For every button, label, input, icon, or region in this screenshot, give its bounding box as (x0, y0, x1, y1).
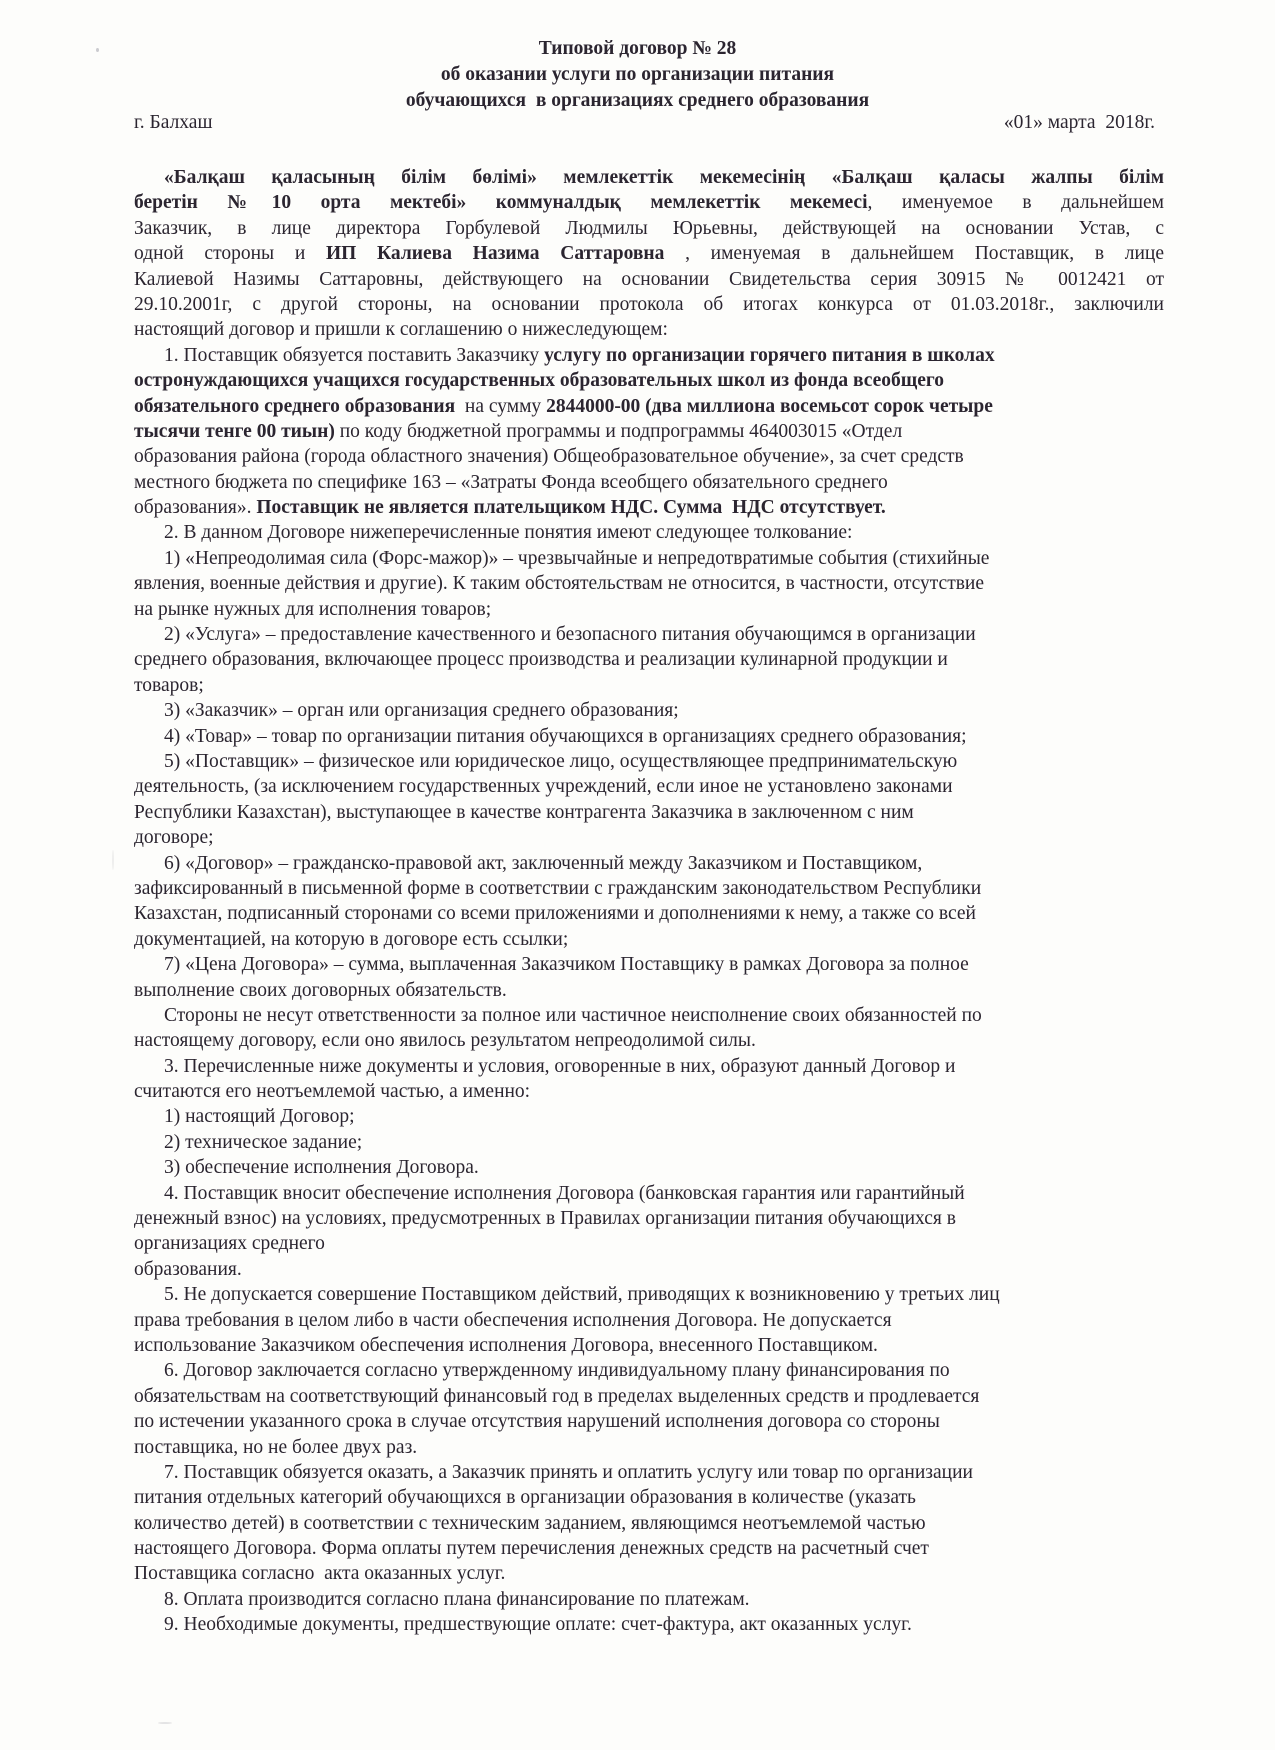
scan-speck (158, 1722, 172, 1724)
text-line: на рынке нужных для исполнения товаров; (134, 597, 1164, 622)
title-line-2: об оказании услуги по организации питани… (0, 62, 1275, 88)
text-line: 3) «Заказчик» – орган или организация ср… (134, 698, 1164, 723)
text-segment: права требования в целом либо в части об… (134, 1310, 892, 1331)
bold-text: Поставщик не является плательщиком НДС. … (256, 497, 885, 518)
text-line: настоящего Договора. Форма оплаты путем … (134, 1536, 1164, 1561)
text-line: 4) «Товар» – товар по организации питани… (134, 724, 1164, 749)
text-line: 6. Договор заключается согласно утвержде… (134, 1358, 1164, 1383)
text-segment: деятельность, (за исключением государств… (134, 776, 953, 797)
bold-text: 2844000-00 (два миллиона восемьсот сорок… (546, 396, 993, 417)
city: г. Балхаш (134, 112, 212, 134)
text-segment: документацией, на которую в договоре ест… (134, 929, 568, 950)
text-line: 9. Необходимые документы, предшествующие… (134, 1612, 1164, 1637)
text-segment: 8. Оплата производится согласно плана фи… (164, 1589, 750, 1610)
text-line: по истечении указанного срока в случае о… (134, 1409, 1164, 1434)
text-line: поставщика, но не более двух раз. (134, 1435, 1164, 1460)
text-line: выполнение своих договорных обязательств… (134, 978, 1164, 1003)
text-line: права требования в целом либо в части об… (134, 1308, 1164, 1333)
text-segment: 4. Поставщик вносит обеспечение исполнен… (164, 1183, 965, 1204)
text-segment: настоящему договору, если оно явилось ре… (134, 1030, 756, 1051)
text-line: беретін №10 орта мектебі» коммуналдық ме… (134, 190, 1164, 215)
text-segment: 6) «Договор» – гражданско-правовой акт, … (164, 853, 922, 874)
text-segment: настоящего Договора. Форма оплаты путем … (134, 1538, 929, 1559)
text-segment: Стороны не несут ответственности за полн… (164, 1005, 982, 1026)
text-line: договоре; (134, 825, 1164, 850)
text-line: обязательного среднего образования на су… (134, 394, 1164, 419)
text-line: количество детей) в соответствии с техни… (134, 1511, 1164, 1536)
contract-date: «01» марта 2018г. (1004, 112, 1155, 134)
text-line: зафиксированный в письменной форме в соо… (134, 876, 1164, 901)
text-line: Калиевой Назимы Саттаровны, действующего… (134, 267, 1164, 292)
text-line: документацией, на которую в договоре ест… (134, 927, 1164, 952)
title-line-3: обучающихся в организациях среднего обра… (0, 88, 1275, 114)
text-line: деятельность, (за исключением государств… (134, 774, 1164, 799)
text-segment: настоящий договор и пришли к соглашению … (134, 319, 668, 340)
text-segment: поставщика, но не более двух раз. (134, 1437, 417, 1458)
text-line: 1) настоящий Договор; (134, 1104, 1164, 1129)
text-segment: Заказчик, в лице директора Горбулевой Лю… (134, 218, 1164, 239)
text-line: 2. В данном Договоре нижеперечисленные п… (134, 520, 1164, 545)
text-segment: 1) «Непреодолимая сила (Форс-мажор)» – ч… (164, 548, 989, 569)
text-segment: 9. Необходимые документы, предшествующие… (164, 1614, 912, 1635)
scan-speck (96, 48, 99, 52)
text-line: Стороны не несут ответственности за полн… (134, 1003, 1164, 1028)
text-segment: 2) техническое задание; (164, 1132, 362, 1153)
text-segment: денежный взнос) на условиях, предусмотре… (134, 1208, 956, 1229)
text-line: 3) обеспечение исполнения Договора. (134, 1155, 1164, 1180)
text-segment: 3) обеспечение исполнения Договора. (164, 1157, 479, 1178)
text-segment: одной стороны и (134, 243, 326, 264)
text-line: 1) «Непреодолимая сила (Форс-мажор)» – ч… (134, 546, 1164, 571)
text-segment: по коду бюджетной программы и подпрограм… (335, 421, 902, 442)
text-segment: зафиксированный в письменной форме в соо… (134, 878, 981, 899)
text-segment: , именуемая в дальнейшем Поставщик, в ли… (664, 243, 1164, 264)
text-segment: по истечении указанного срока в случае о… (134, 1411, 940, 1432)
text-line: среднего образования, включающее процесс… (134, 647, 1164, 672)
text-line: 7. Поставщик обязуется оказать, а Заказч… (134, 1460, 1164, 1485)
text-segment: 2. В данном Договоре нижеперечисленные п… (164, 522, 852, 543)
bold-text: услугу по организации горячего питания в… (544, 345, 995, 366)
text-line: одной стороны и ИП Калиева Назима Саттар… (134, 241, 1164, 266)
place-and-date: г. Балхаш «01» марта 2018г. (134, 112, 1155, 134)
text-segment: на сумму (455, 396, 546, 417)
text-line: 2) техническое задание; (134, 1130, 1164, 1155)
text-line: использование Заказчиком обеспечения исп… (134, 1333, 1164, 1358)
text-segment: явления, военные действия и другие). К т… (134, 573, 984, 594)
text-segment: Республики Казахстан), выступающее в кач… (134, 802, 914, 823)
text-line: настоящему договору, если оно явилось ре… (134, 1028, 1164, 1053)
text-segment: 7) «Цена Договора» – сумма, выплаченная … (164, 954, 969, 975)
text-line: денежный взнос) на условиях, предусмотре… (134, 1206, 1164, 1231)
title-line-1: Типовой договор № 28 (0, 36, 1275, 62)
text-line: 8. Оплата производится согласно плана фи… (134, 1587, 1164, 1612)
text-line: 6) «Договор» – гражданско-правовой акт, … (134, 851, 1164, 876)
text-segment: 3) «Заказчик» – орган или организация ср… (164, 700, 679, 721)
text-line: Заказчик, в лице директора Горбулевой Лю… (134, 216, 1164, 241)
text-line: Поставщика согласно акта оказанных услуг… (134, 1561, 1164, 1586)
text-segment: 2) «Услуга» – предоставление качественно… (164, 624, 976, 645)
bold-text: остронуждающихся учащихся государственны… (134, 370, 944, 391)
text-line: питания отдельных категорий обучающихся … (134, 1485, 1164, 1510)
text-line: образования района (города областного зн… (134, 444, 1164, 469)
text-segment: 1) настоящий Договор; (164, 1106, 355, 1127)
text-segment: среднего образования, включающее процесс… (134, 649, 948, 670)
text-line: Казахстан, подписанный сторонами со всем… (134, 901, 1164, 926)
bold-text: обязательного среднего образования (134, 396, 455, 417)
text-segment: 5. Не допускается совершение Поставщиком… (164, 1284, 1000, 1305)
text-segment: Казахстан, подписанный сторонами со всем… (134, 903, 976, 924)
document-title: Типовой договор № 28 об оказании услуги … (0, 36, 1275, 114)
text-segment: товаров; (134, 675, 204, 696)
text-segment: выполнение своих договорных обязательств… (134, 980, 507, 1001)
text-line: 5. Не допускается совершение Поставщиком… (134, 1282, 1164, 1307)
text-line: 3. Перечисленные ниже документы и услови… (134, 1054, 1164, 1079)
text-line: 4. Поставщик вносит обеспечение исполнен… (134, 1181, 1164, 1206)
text-segment: 1. Поставщик обязуется поставить Заказчи… (164, 345, 544, 366)
text-segment: количество детей) в соответствии с техни… (134, 1513, 926, 1534)
text-line: организациях среднего (134, 1231, 1164, 1256)
text-line: остронуждающихся учащихся государственны… (134, 368, 1164, 393)
text-line: 2) «Услуга» – предоставление качественно… (134, 622, 1164, 647)
text-segment: использование Заказчиком обеспечения исп… (134, 1335, 878, 1356)
text-segment: 3. Перечисленные ниже документы и услови… (164, 1056, 956, 1077)
text-segment: образования района (города областного зн… (134, 446, 964, 467)
text-segment: местного бюджета по специфике 163 – «Зат… (134, 472, 888, 493)
text-segment: обязательствам на соответствующий финанс… (134, 1386, 979, 1407)
text-line: местного бюджета по специфике 163 – «Зат… (134, 470, 1164, 495)
text-segment: считаются его неотъемлемой частью, а име… (134, 1081, 530, 1102)
text-segment: Поставщика согласно акта оказанных услуг… (134, 1563, 505, 1584)
scanned-contract-page: Типовой договор № 28 об оказании услуги … (0, 0, 1275, 1750)
scan-speck (112, 850, 114, 870)
text-segment: 7. Поставщик обязуется оказать, а Заказч… (164, 1462, 973, 1483)
text-segment: договоре; (134, 827, 214, 848)
text-line: 5) «Поставщик» – физическое или юридичес… (134, 749, 1164, 774)
bold-text: «Балқаш қаласының білім бөлімі» мемлекет… (164, 167, 1164, 188)
text-line: образования. (134, 1257, 1164, 1282)
contract-body: «Балқаш қаласының білім бөлімі» мемлекет… (134, 165, 1164, 1638)
text-segment: питания отдельных категорий обучающихся … (134, 1487, 916, 1508)
bold-text: тысячи тенге 00 тиын) (134, 421, 335, 442)
text-segment: образования. (134, 1259, 242, 1280)
text-line: товаров; (134, 673, 1164, 698)
text-segment: образования». (134, 497, 256, 518)
text-line: тысячи тенге 00 тиын) по коду бюджетной … (134, 419, 1164, 444)
text-segment: 6. Договор заключается согласно утвержде… (164, 1360, 950, 1381)
text-line: Республики Казахстан), выступающее в кач… (134, 800, 1164, 825)
text-segment: 29.10.2001г, с другой стороны, на основа… (134, 294, 1164, 315)
text-line: считаются его неотъемлемой частью, а име… (134, 1079, 1164, 1104)
text-line: образования». Поставщик не является плат… (134, 495, 1164, 520)
text-line: обязательствам на соответствующий финанс… (134, 1384, 1164, 1409)
text-line: явления, военные действия и другие). К т… (134, 571, 1164, 596)
text-line: «Балқаш қаласының білім бөлімі» мемлекет… (134, 165, 1164, 190)
text-segment: 4) «Товар» – товар по организации питани… (164, 726, 967, 747)
text-segment: 5) «Поставщик» – физическое или юридичес… (164, 751, 957, 772)
text-line: 7) «Цена Договора» – сумма, выплаченная … (134, 952, 1164, 977)
text-segment: организациях среднего (134, 1233, 325, 1254)
text-line: 29.10.2001г, с другой стороны, на основа… (134, 292, 1164, 317)
bold-text: ИП Калиева Назима Саттаровна (326, 243, 664, 264)
text-line: настоящий договор и пришли к соглашению … (134, 317, 1164, 342)
text-segment: Калиевой Назимы Саттаровны, действующего… (134, 269, 1164, 290)
text-segment: на рынке нужных для исполнения товаров; (134, 599, 491, 620)
text-line: 1. Поставщик обязуется поставить Заказчи… (134, 343, 1164, 368)
bold-text: беретін №10 орта мектебі» коммуналдық ме… (134, 192, 868, 213)
text-segment: , именуемое в дальнейшем (868, 192, 1164, 213)
